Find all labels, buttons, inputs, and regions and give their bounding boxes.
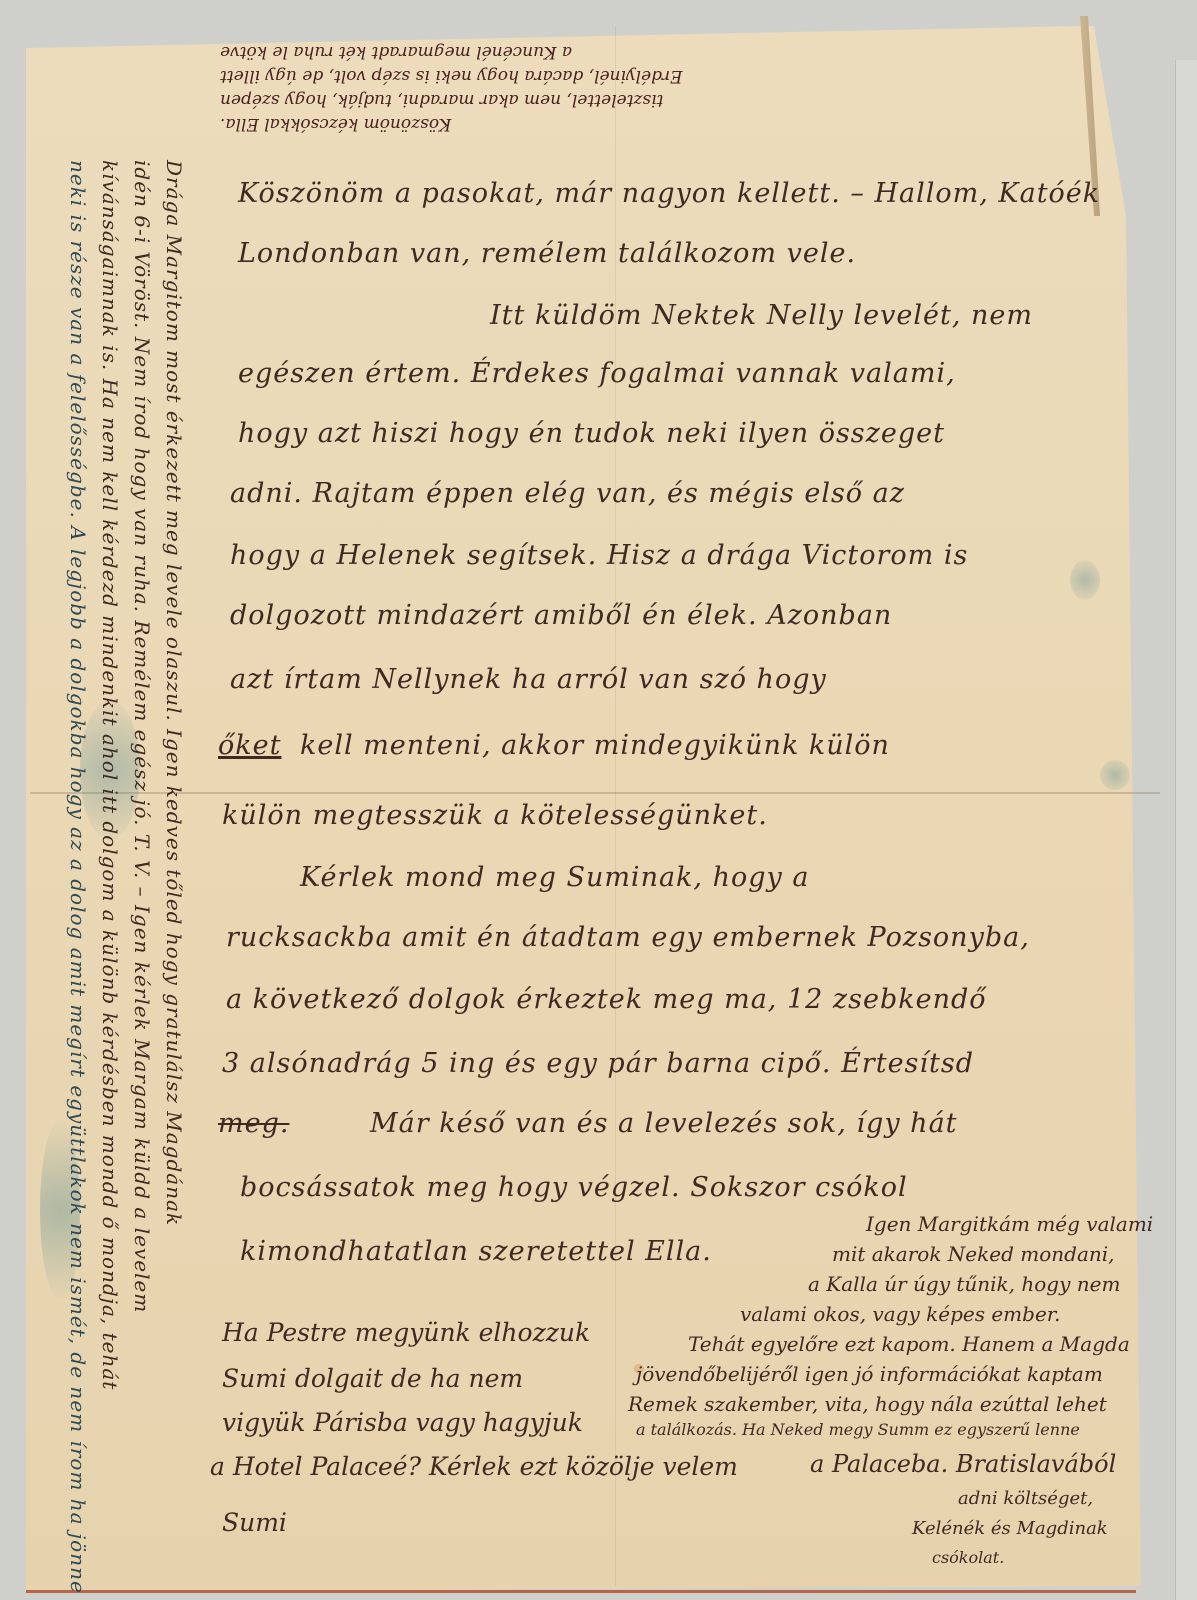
ink-blot [1070, 560, 1100, 600]
ps-line: valami okos, vagy képes ember. [740, 1302, 1061, 1326]
body-line: Itt küldöm Nektek Nelly levelét, nem [490, 300, 1033, 331]
body-line: hogy azt hiszi hogy én tudok neki ilyen … [238, 418, 945, 449]
body-line: egészen értem. Érdekes fogalmai vannak v… [238, 358, 956, 389]
ps-line: a Hotel Palaceé? Kérlek ezt közölje vele… [210, 1452, 738, 1481]
body-line: bocsássatok meg hogy végzel. Sokszor csó… [240, 1172, 908, 1203]
body-line: rucksackba amit én átadtam egy embernek … [226, 922, 1030, 953]
upside-down-note: Köszönöm kézcsókkal Ella. tisztelettel, … [220, 40, 980, 136]
body-line: kell menteni, akkor mindegyikünk külön [300, 730, 890, 761]
body-line: a következő dolgok érkeztek meg ma, 12 z… [226, 984, 987, 1015]
ps-line: a Palaceba. Bratislavából [810, 1450, 1116, 1478]
margin-line: Drága Margitom most érkezett meg levele … [158, 160, 190, 1550]
note-line: tisztelettel, nem akar maradni, tudják, … [220, 88, 980, 112]
ps-line: Sumi [222, 1508, 287, 1537]
body-line: Már késő van és a levelezés sok, így hát [370, 1108, 958, 1139]
ps-line: mit akarok Neked mondani, [832, 1242, 1115, 1266]
ps-line: Tehát egyelőre ezt kapom. Hanem a Magda [688, 1332, 1130, 1356]
ps-line: a Kalla úr úgy tűnik, hogy nem [808, 1272, 1120, 1296]
ps-line: csókolat. [932, 1548, 1004, 1567]
ps-line: Igen Margitkám még valami [866, 1212, 1153, 1236]
struck-word: meg. [218, 1108, 289, 1139]
margin-line: idén 6-i Vöröst. Nem írod hogy van ruha.… [126, 160, 158, 1550]
ps-line: vigyük Párisba vagy hagyjuk [222, 1408, 583, 1437]
ink-blot [1100, 760, 1130, 790]
ps-line: Ha Pestre megyünk elhozzuk [222, 1318, 590, 1347]
body-line: azt írtam Nellynek ha arról van szó hogy [230, 664, 827, 695]
body-line: Londonban van, remélem találkozom vele. [238, 238, 856, 269]
ps-line: a találkozás. Ha Neked megy Summ ez egys… [636, 1420, 1080, 1439]
paper-bottom-edge [26, 1590, 1136, 1593]
note-line: Köszönöm kézcsókkal Ella. [220, 112, 980, 136]
body-line: 3 alsónadrág 5 ing és egy pár barna cipő… [222, 1048, 974, 1079]
note-line: a Kuncénél megmaradt két ruha le kötve [220, 40, 980, 64]
margin-line: kívánságaimnak is. Ha nem kell kérdezd m… [94, 160, 126, 1550]
ps-line: jövendőbelijéről igen jó információkat k… [636, 1362, 1103, 1386]
body-line: Kérlek mond meg Suminak, hogy a [300, 862, 809, 893]
ps-line: Kelénék és Magdinak [912, 1518, 1108, 1539]
body-line: adni. Rajtam éppen elég van, és mégis el… [230, 478, 905, 509]
signature-line: kimondhatatlan szeretettel Ella. [240, 1236, 712, 1267]
body-line: Köszönöm a pasokat, már nagyon kellett. … [238, 178, 1100, 209]
body-line: hogy a Helenek segítsek. Hisz a drága Vi… [230, 540, 968, 571]
backdrop [1175, 60, 1197, 1600]
margin-line: neki is része van a felelősségbe. A legj… [62, 160, 94, 1550]
body-line: külön megtesszük a kötelességünket. [222, 800, 768, 831]
body-line: dolgozott mindazért amiből én élek. Azon… [230, 600, 892, 631]
ps-line: Remek szakember, vita, hogy nála ezúttal… [628, 1392, 1107, 1416]
ps-line: adni költséget, [958, 1488, 1093, 1509]
margin-note-vertical: Drága Margitom most érkezett meg levele … [40, 160, 190, 1550]
underlined-word: őket [218, 730, 281, 761]
note-line: Erdélyinél, dacára hogy neki is szép vol… [220, 64, 980, 88]
ps-line: Sumi dolgait de ha nem [222, 1364, 523, 1393]
horizontal-fold-crease [30, 792, 1160, 794]
